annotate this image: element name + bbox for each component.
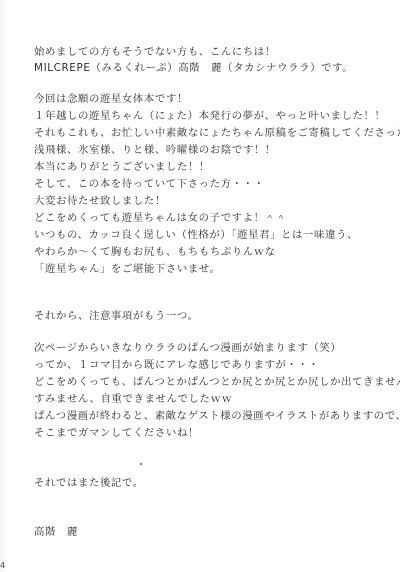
body-line: いつもの、カッコ良く逞しい（性格が）「遊星君」とは一味違う、 bbox=[34, 229, 358, 242]
author-intro-line: MILCREPE（みるくれーぷ）高階 麗（タカシナウララ）です。 bbox=[34, 62, 353, 75]
body-line: そこまでガマンしてくださいね！ bbox=[34, 427, 199, 440]
greeting-line: 始めましての方もそうでない方も、こんにちは！ bbox=[34, 46, 276, 59]
body-line: 今回は念願の遊星女体本です！ bbox=[34, 93, 188, 106]
body-line: どこをめくっても、ぱんつとかぱんつとか尻とか尻とか尻しか出てきませんｗ bbox=[34, 376, 400, 389]
scan-speck bbox=[140, 463, 142, 465]
body-line: 本当にありがとうございました！！ bbox=[34, 161, 210, 174]
signature: 高階 麗 bbox=[34, 526, 78, 539]
body-line: ぱんつ漫画が終わると、素敵なゲスト様の漫画やイラストがありますので、 bbox=[34, 410, 400, 423]
body-line: １年越しの遊星ちゃん（にょた）本発行の夢が、やっと叶いました！！ bbox=[34, 110, 386, 123]
body-line: どこをめくっても遊星ちゃんは女の子ですよ！＾＾ bbox=[34, 212, 287, 225]
body-line: ってか、１コマ目から既にアレな感じでありますが・・・ bbox=[34, 359, 319, 372]
body-line: 浅飛様、氷室様、りと様、吟曜様のお陰です！！ bbox=[34, 144, 276, 157]
body-line: 次ページからいきなりウララのぱんつ漫画が始まります（笑） bbox=[34, 342, 341, 355]
body-line: 「遊星ちゃん」をご堪能下さいませ。 bbox=[34, 263, 221, 276]
body-line: やわらか～くて胸もお尻も、もちもちぷりんｗな bbox=[34, 246, 276, 259]
page-number: 4 bbox=[0, 561, 5, 570]
body-line: すみません、自重できませんでしたｗｗ bbox=[34, 393, 232, 406]
closing-line: それではまた後記で。 bbox=[34, 477, 144, 490]
body-line: それもこれも、お忙しい中素敵なにょたちゃん原稿をご寄稿してくださった bbox=[34, 127, 400, 140]
document-page: 始めましての方もそうでない方も、こんにちは！ MILCREPE（みるくれーぷ）高… bbox=[0, 0, 400, 572]
body-line: それから、注意事項がもう一つ。 bbox=[34, 310, 198, 323]
body-line: 大変お待たせ致しました！ bbox=[34, 195, 166, 208]
body-line: そして、この本を待っていて下さった方・・・ bbox=[34, 178, 265, 191]
